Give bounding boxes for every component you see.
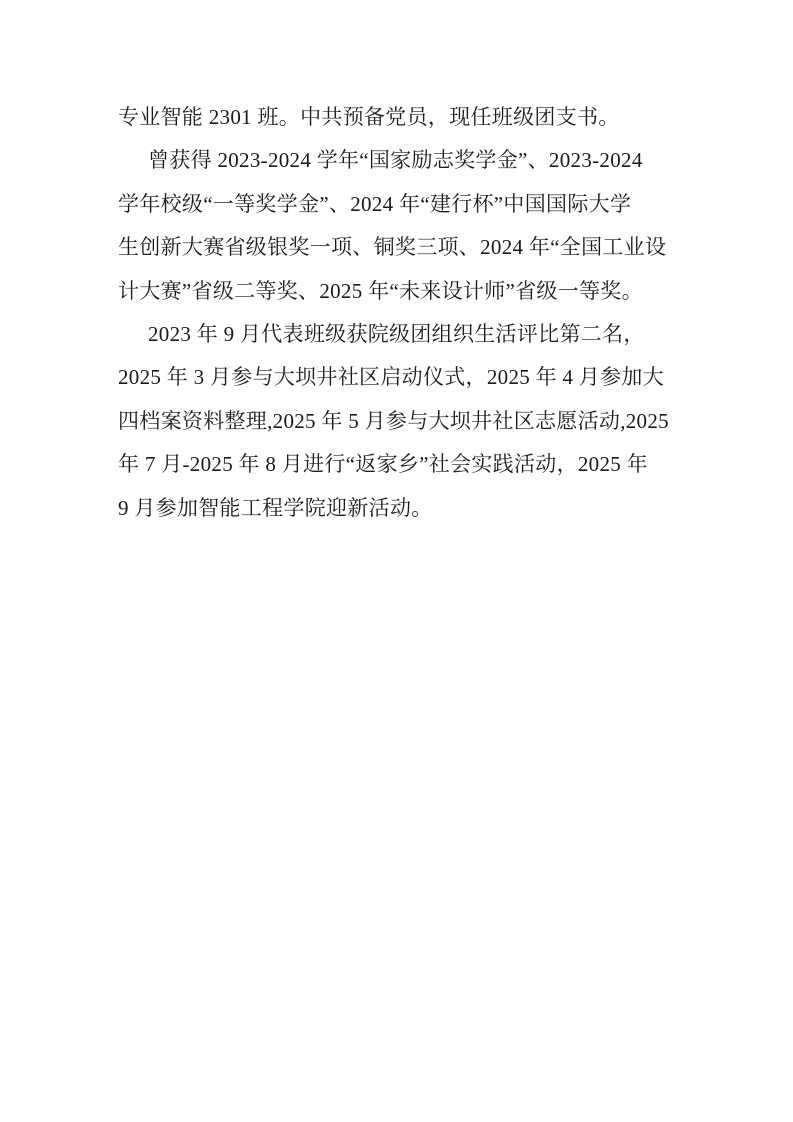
text-line: 2023 年 9 月代表班级获院级团组织生活评比第二名， [118, 313, 678, 356]
text-line: 计大赛”省级二等奖、2025 年“未来设计师”省级一等奖。 [118, 270, 678, 313]
text-line: 学年校级“一等奖学金”、2024 年“建行杯”中国国际大学 [118, 183, 678, 226]
paragraph: 专业智能 2301 班。中共预备党员，现任班级团支书。 [118, 96, 678, 139]
paragraph: 曾获得 2023-2024 学年“国家励志奖学金”、2023-2024 学年校级… [118, 139, 678, 313]
paragraph: 2023 年 9 月代表班级获院级团组织生活评比第二名， 2025 年 3 月参… [118, 313, 678, 530]
document-page: 专业智能 2301 班。中共预备党员，现任班级团支书。 曾获得 2023-202… [0, 0, 793, 1122]
text-line: 曾获得 2023-2024 学年“国家励志奖学金”、2023-2024 [118, 139, 678, 182]
text-line: 四档案资料整理,2025 年 5 月参与大坝井社区志愿活动,2025 [118, 400, 678, 443]
text-line: 生创新大赛省级银奖一项、铜奖三项、2024 年“全国工业设 [118, 226, 678, 269]
text-line: 年 7 月-2025 年 8 月进行“返家乡”社会实践活动，2025 年 [118, 443, 678, 486]
text-line: 2025 年 3 月参与大坝井社区启动仪式，2025 年 4 月参加大 [118, 356, 678, 399]
document-text: 专业智能 2301 班。中共预备党员，现任班级团支书。 曾获得 2023-202… [118, 96, 678, 530]
text-line: 9 月参加智能工程学院迎新活动。 [118, 487, 678, 530]
text-line: 专业智能 2301 班。中共预备党员，现任班级团支书。 [118, 96, 678, 139]
